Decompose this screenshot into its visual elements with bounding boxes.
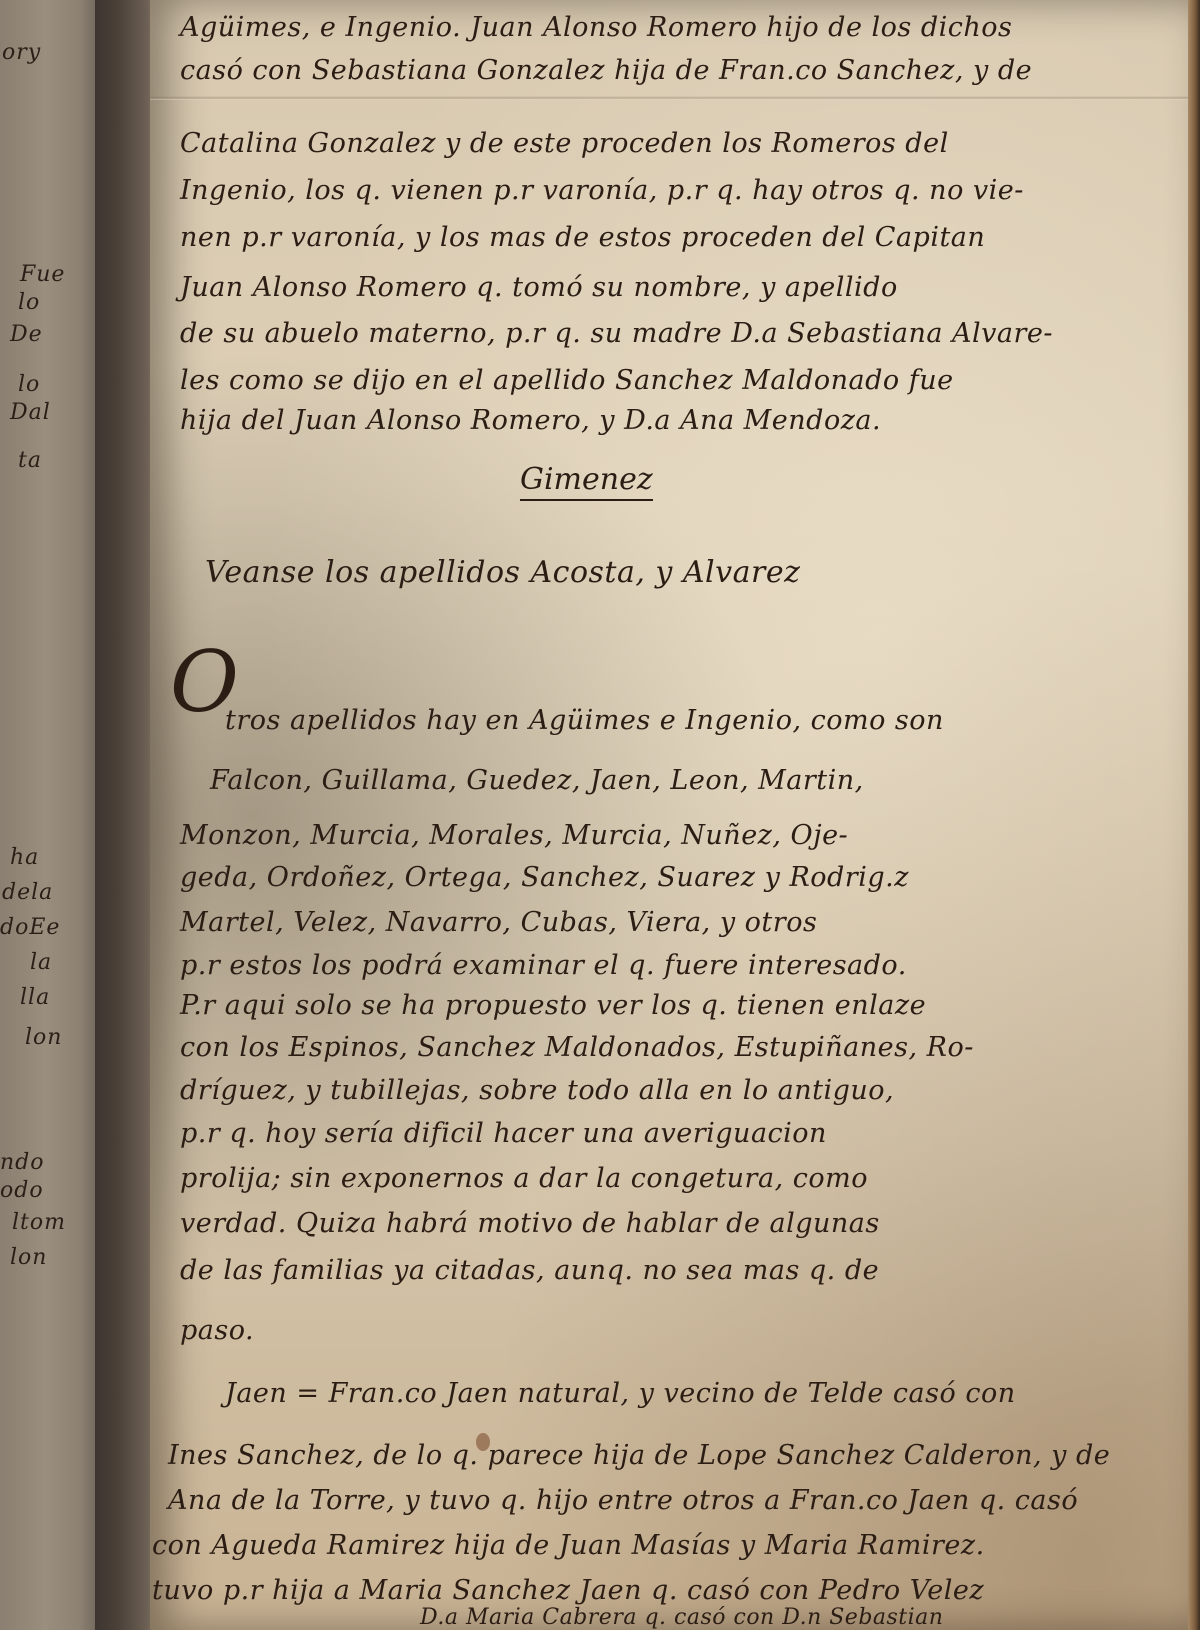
manuscript-line: Falcon, Guillama, Guedez, Jaen, Leon, Ma… <box>210 765 864 796</box>
facing-page-fragment: lo <box>18 372 40 397</box>
manuscript-line: nen p.r varonía, y los mas de estos proc… <box>180 222 985 253</box>
manuscript-line: casó con Sebastiana Gonzalez hija de Fra… <box>180 55 1032 86</box>
cross-reference: Veanse los apellidos Acosta, y Alvarez <box>205 555 800 590</box>
facing-page-fragment: ta <box>18 448 42 473</box>
manuscript-line: p.r estos los podrá examinar el q. fuere… <box>180 950 907 981</box>
manuscript-line: Ingenio, los q. vienen p.r varonía, p.r … <box>180 175 1024 206</box>
facing-page-fragment: De <box>10 322 43 347</box>
manuscript-line: p.r q. hoy sería dificil hacer una averi… <box>180 1118 827 1149</box>
manuscript-line: les como se dijo en el apellido Sanchez … <box>180 365 954 396</box>
manuscript-line: hija del Juan Alonso Romero, y D.a Ana M… <box>180 405 881 436</box>
manuscript-line: Ines Sanchez, de lo q. parece hija de Lo… <box>168 1440 1110 1471</box>
manuscript-line: Jaen = Fran.co Jaen natural, y vecino de… <box>225 1378 1016 1409</box>
manuscript-line: Juan Alonso Romero q. tomó su nombre, y … <box>180 272 898 303</box>
facing-page-fragment: ha <box>10 845 39 870</box>
facing-page-fragment: ndo <box>0 1150 45 1175</box>
facing-page-fragment: dela <box>2 880 53 905</box>
manuscript-line: dríguez, y tubillejas, sobre todo alla e… <box>180 1075 894 1106</box>
facing-page-fragment: la <box>30 950 52 975</box>
manuscript-line: Agüimes, e Ingenio. Juan Alonso Romero h… <box>180 12 1012 43</box>
page-fold-crease <box>150 96 1190 100</box>
manuscript-line: tuvo p.r hija a Maria Sanchez Jaen q. ca… <box>152 1575 984 1606</box>
surname-heading: Gimenez <box>520 462 653 501</box>
manuscript-line: con Agueda Ramirez hija de Juan Masías y… <box>152 1530 985 1561</box>
facing-page-fragment: Dal <box>10 400 51 425</box>
facing-page-fragment: lon <box>25 1025 62 1050</box>
manuscript-line: paso. <box>180 1315 254 1346</box>
page-edge <box>1188 0 1200 1630</box>
manuscript-line: de las familias ya citadas, aunq. no sea… <box>180 1255 879 1286</box>
manuscript-line: verdad. Quiza habrá motivo de hablar de … <box>180 1208 880 1239</box>
manuscript-line: prolija; sin exponernos a dar la congetu… <box>180 1163 868 1194</box>
manuscript-line: Martel, Velez, Navarro, Cubas, Viera, y … <box>180 907 817 938</box>
manuscript-line: de su abuelo materno, p.r q. su madre D.… <box>180 318 1053 349</box>
facing-page-fragment: doEe <box>0 915 60 940</box>
manuscript-line: con los Espinos, Sanchez Maldonados, Est… <box>180 1032 974 1063</box>
facing-page: ory Fue lo De lo Dal ta ha dela doEe la … <box>0 0 100 1630</box>
manuscript-line: D.a Maria Cabrera q. casó con D.n Sebast… <box>420 1605 943 1630</box>
manuscript-line: P.r aqui solo se ha propuesto ver los q.… <box>180 990 926 1021</box>
facing-page-fragment: ltom <box>12 1210 66 1235</box>
manuscript-line: Ana de la Torre, y tuvo q. hijo entre ot… <box>168 1485 1078 1516</box>
facing-page-fragment: lon <box>10 1245 47 1270</box>
facing-page-fragment: Fue <box>20 262 65 287</box>
facing-page-fragment: odo <box>0 1178 44 1203</box>
manuscript-line: tros apellidos hay en Agüimes e Ingenio,… <box>225 705 944 736</box>
manuscript-line: geda, Ordoñez, Ortega, Sanchez, Suarez y… <box>180 862 909 893</box>
facing-page-fragment: lla <box>20 985 50 1010</box>
manuscript-line: Monzon, Murcia, Morales, Murcia, Nuñez, … <box>180 820 848 851</box>
facing-page-fragment: ory <box>2 40 41 65</box>
facing-page-fragment: lo <box>18 290 40 315</box>
manuscript-line: Catalina Gonzalez y de este proceden los… <box>180 128 949 159</box>
